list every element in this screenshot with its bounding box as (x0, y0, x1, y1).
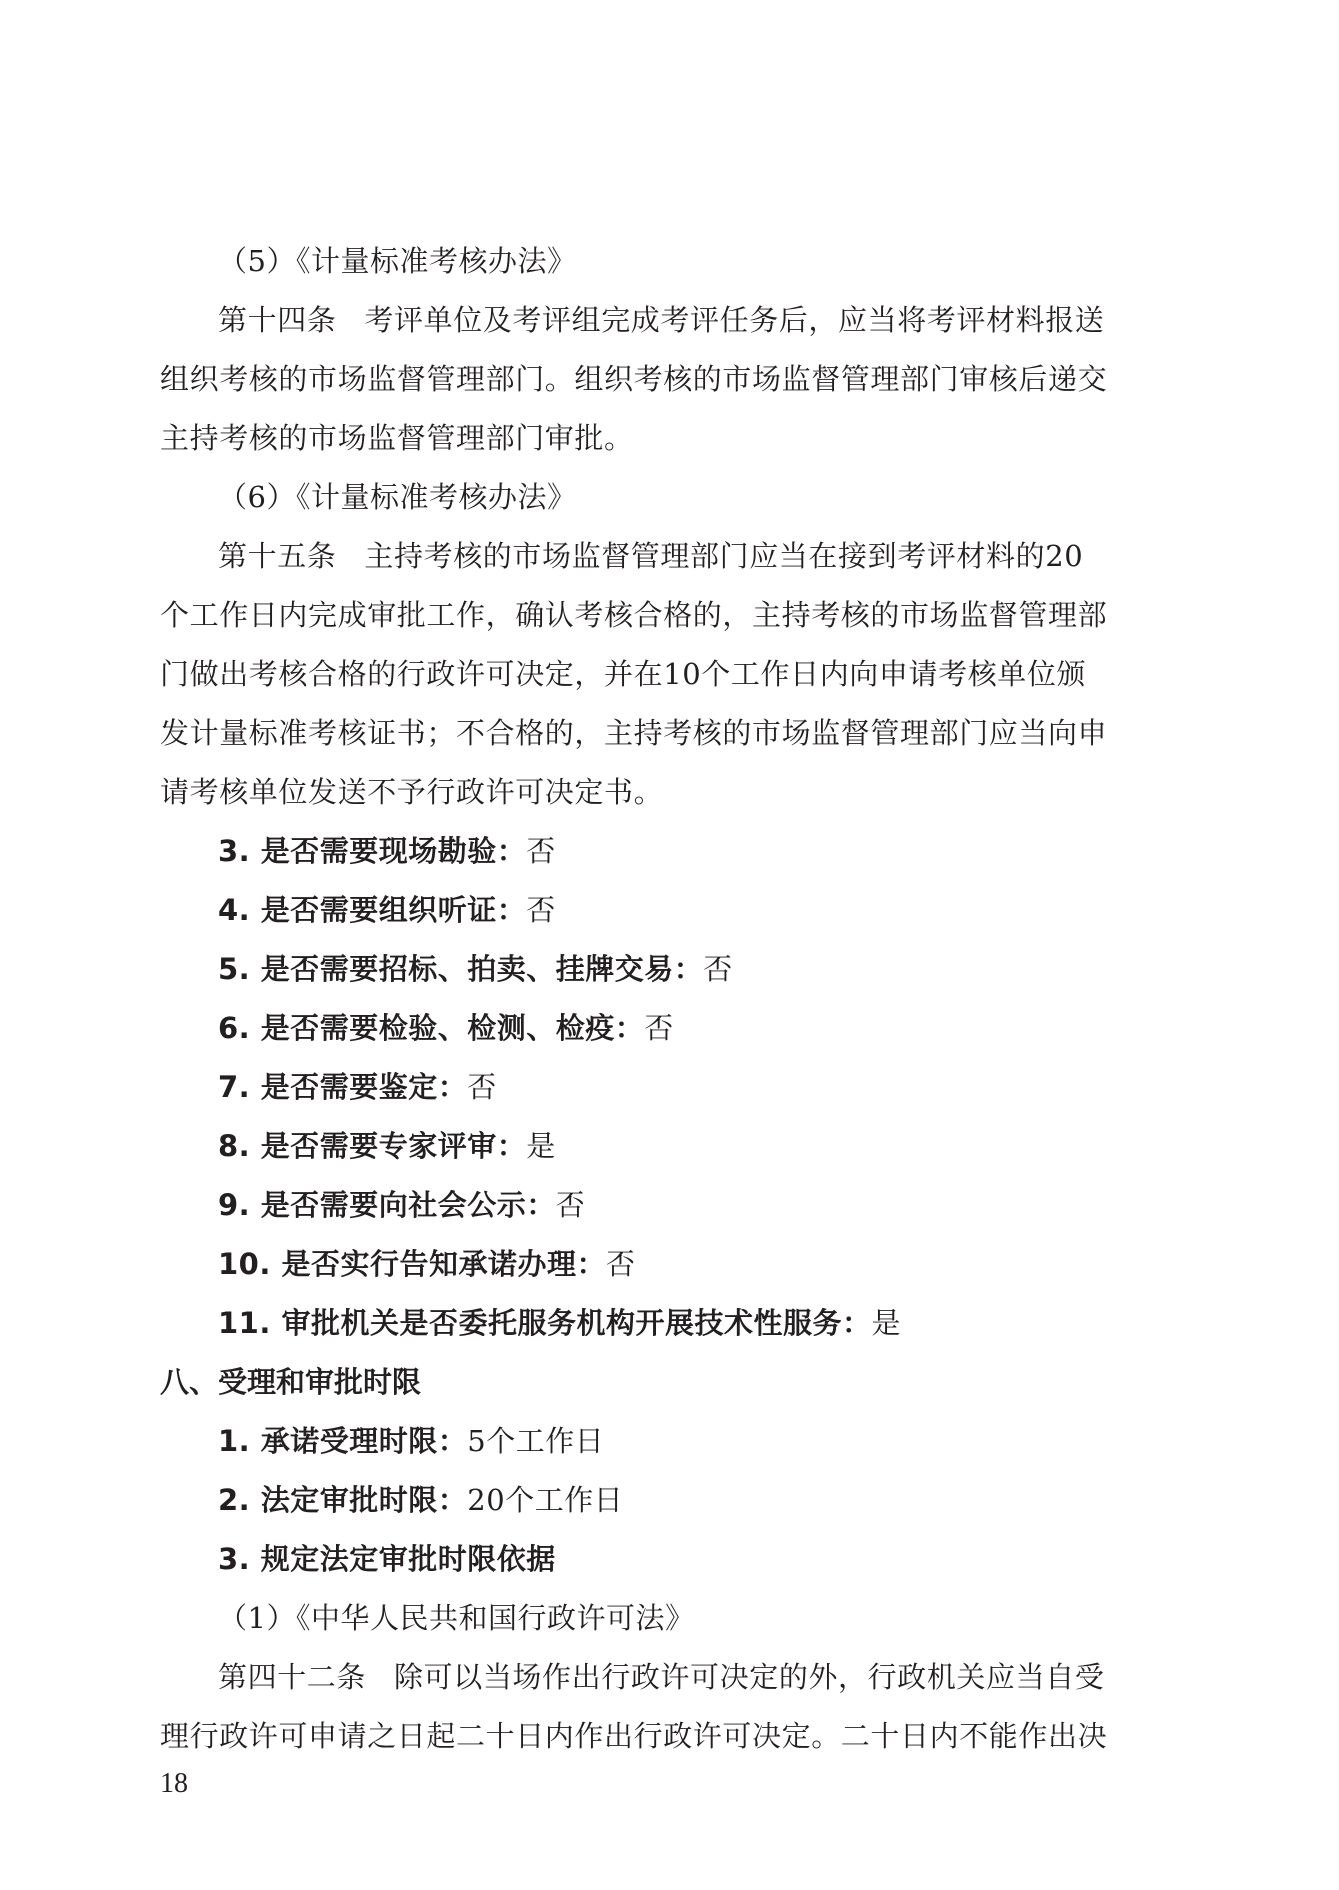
question-value: 否 (556, 1188, 586, 1222)
time-limit-item: 2. 法定审批时限：20个工作日 (160, 1471, 1142, 1530)
question-item: 10. 是否实行告知承诺办理：否 (160, 1235, 1142, 1294)
question-item: 11. 审批机关是否委托服务机构开展技术性服务：是 (160, 1294, 1142, 1353)
question-value: 是 (871, 1306, 901, 1340)
item-label: 1. 承诺受理时限： (218, 1424, 467, 1458)
time-limit-item: 1. 承诺受理时限：5个工作日 (160, 1412, 1142, 1471)
question-value: 否 (526, 834, 556, 868)
document-page: （5）《计量标准考核办法》 第十四条考评单位及考评组完成考评任务后，应当将考评材… (160, 232, 1142, 1766)
section-heading: 八、受理和审批时限 (160, 1353, 1142, 1412)
item-value: 20个工作日 (467, 1483, 623, 1517)
question-label: 11. 审批机关是否委托服务机构开展技术性服务： (218, 1306, 871, 1340)
question-label: 8. 是否需要专家评审： (218, 1129, 526, 1163)
question-item: 3. 是否需要现场勘验：否 (160, 822, 1142, 881)
question-value: 否 (606, 1247, 636, 1281)
article-text: 主持考核的市场监督管理部门审批。 (160, 409, 1142, 468)
article-14: 第十四条考评单位及考评组完成考评任务后，应当将考评材料报送 组织考核的市场监督管… (160, 291, 1142, 468)
citation-5: （5）《计量标准考核办法》 (160, 232, 1142, 291)
question-label: 6. 是否需要检验、检测、检疫： (218, 1011, 644, 1045)
item-label: 3. 规定法定审批时限依据 (218, 1542, 556, 1576)
article-text: 主持考核的市场监督管理部门应当在接到考评材料的20 (364, 539, 1083, 573)
article-text: 发计量标准考核证书；不合格的，主持考核的市场监督管理部门应当向申 (160, 704, 1142, 763)
article-text: 考评单位及考评组完成考评任务后，应当将考评材料报送 (364, 303, 1104, 337)
article-42: 第四十二条除可以当场作出行政许可决定的外，行政机关应当自受 理行政许可申请之日起… (160, 1648, 1142, 1766)
question-label: 3. 是否需要现场勘验： (218, 834, 526, 868)
article-text: 组织考核的市场监督管理部门。组织考核的市场监督管理部门审核后递交 (160, 350, 1142, 409)
citation-6: （6）《计量标准考核办法》 (160, 468, 1142, 527)
article-text: 理行政许可申请之日起二十日内作出行政许可决定。二十日内不能作出决 (160, 1707, 1142, 1766)
article-text: 请考核单位发送不予行政许可决定书。 (160, 763, 1142, 822)
question-label: 10. 是否实行告知承诺办理： (218, 1247, 606, 1281)
question-item: 5. 是否需要招标、拍卖、挂牌交易：否 (160, 940, 1142, 999)
page-number: 18 (160, 1768, 188, 1800)
question-item: 7. 是否需要鉴定：否 (160, 1058, 1142, 1117)
article-label: 第十五条 (218, 539, 336, 573)
citation-1: （1）《中华人民共和国行政许可法》 (160, 1589, 1142, 1648)
article-label: 第四十二条 (218, 1660, 366, 1694)
article-text: 除可以当场作出行政许可决定的外，行政机关应当自受 (394, 1660, 1104, 1694)
question-label: 7. 是否需要鉴定： (218, 1070, 467, 1104)
question-value: 是 (526, 1129, 556, 1163)
question-value: 否 (467, 1070, 497, 1104)
question-item: 8. 是否需要专家评审：是 (160, 1117, 1142, 1176)
question-label: 5. 是否需要招标、拍卖、挂牌交易： (218, 952, 703, 986)
question-list: 3. 是否需要现场勘验：否 4. 是否需要组织听证：否 5. 是否需要招标、拍卖… (160, 822, 1142, 1353)
item-label: 2. 法定审批时限： (218, 1483, 467, 1517)
question-value: 否 (526, 893, 556, 927)
question-value: 否 (644, 1011, 674, 1045)
article-15: 第十五条主持考核的市场监督管理部门应当在接到考评材料的20 个工作日内完成审批工… (160, 527, 1142, 822)
article-label: 第十四条 (218, 303, 336, 337)
question-value: 否 (703, 952, 733, 986)
item-value: 5个工作日 (467, 1424, 604, 1458)
question-label: 4. 是否需要组织听证： (218, 893, 526, 927)
question-label: 9. 是否需要向社会公示： (218, 1188, 556, 1222)
question-item: 4. 是否需要组织听证：否 (160, 881, 1142, 940)
article-text: 门做出考核合格的行政许可决定，并在10个工作日内向申请考核单位颁 (160, 645, 1142, 704)
time-limit-item: 3. 规定法定审批时限依据 (160, 1530, 1142, 1589)
article-text: 个工作日内完成审批工作，确认考核合格的，主持考核的市场监督管理部 (160, 586, 1142, 645)
question-item: 6. 是否需要检验、检测、检疫：否 (160, 999, 1142, 1058)
question-item: 9. 是否需要向社会公示：否 (160, 1176, 1142, 1235)
